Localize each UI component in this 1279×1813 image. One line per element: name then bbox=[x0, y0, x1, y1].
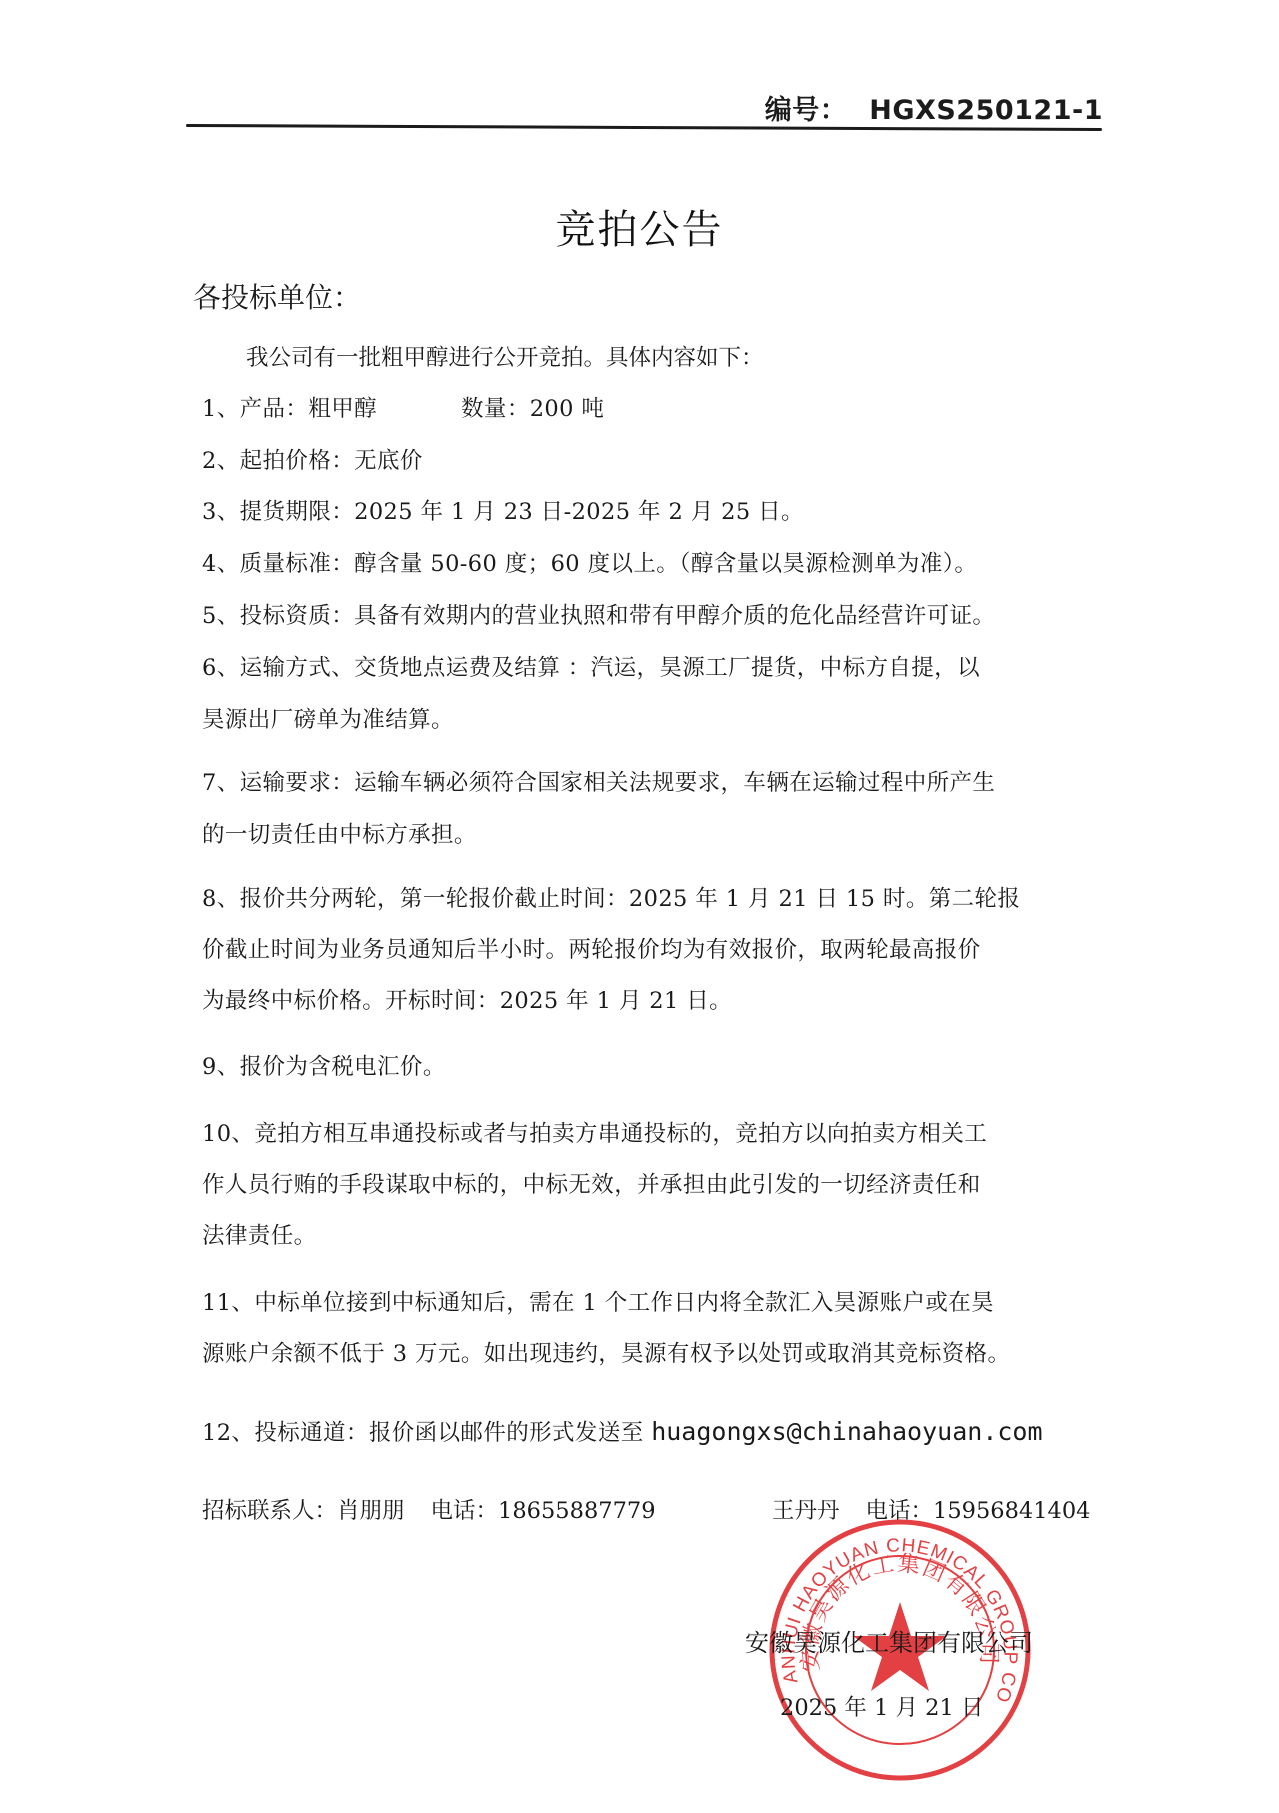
item-10-line-1: 10、竞拍方相互串通投标或者与拍卖方串通投标的，竞拍方以向拍卖方相关工 bbox=[202, 1116, 987, 1148]
item-7-line-1: 7、运输要求：运输车辆必须符合国家相关法规要求，车辆在运输过程中所产生 bbox=[202, 765, 995, 797]
item-6-line-1: 6、运输方式、交货地点运费及结算 ：汽运，昊源工厂提货，中标方自提，以 bbox=[202, 650, 980, 682]
contact-label: 招标联系人： bbox=[202, 1498, 337, 1524]
item-4: 4、质量标准：醇含量 50-60 度；60 度以上。（醇含量以昊源检测单为准）。 bbox=[202, 546, 977, 578]
contact-1-phone-label: 电话： bbox=[431, 1498, 499, 1524]
item-2: 2、起拍价格：无底价 bbox=[202, 443, 423, 475]
document-number-value: HGXS250121-1 bbox=[869, 95, 1103, 126]
item-8-line-2: 价截止时间为业务员通知后半小时。两轮报价均为有效报价，取两轮最高报价 bbox=[202, 932, 981, 964]
item-6-line-2: 昊源出厂磅单为准结算。 bbox=[202, 702, 454, 734]
item-3: 3、提货期限：2025 年 1 月 23 日-2025 年 2 月 25 日。 bbox=[202, 494, 804, 526]
item-11-line-1: 11、中标单位接到中标通知后，需在 1 个工作日内将全款汇入昊源账户或在昊 bbox=[202, 1285, 994, 1317]
salutation: 各投标单位： bbox=[193, 276, 361, 316]
item-12: 12、投标通道：报价函以邮件的形式发送至 huagongxs@chinahaoy… bbox=[202, 1415, 1043, 1447]
item-9: 9、报价为含税电汇价。 bbox=[202, 1049, 446, 1081]
signature-date: 2025 年 1 月 21 日 bbox=[780, 1690, 983, 1722]
email-link[interactable]: huagongxs@chinahaoyuan.com bbox=[651, 1417, 1042, 1446]
item-12-text: 12、投标通道：报价函以邮件的形式发送至 bbox=[202, 1420, 651, 1446]
page-title: 竞拍公告 bbox=[0, 198, 1279, 255]
document-number: 编号：HGXS250121-1 bbox=[765, 88, 1103, 127]
contact-1-name: 肖朋朋 bbox=[337, 1498, 405, 1524]
item-10-line-2: 作人员行贿的手段谋取中标的，中标无效，并承担由此引发的一切经济责任和 bbox=[202, 1167, 981, 1199]
item-8-line-1: 8、报价共分两轮，第一轮报价截止时间：2025 年 1 月 21 日 15 时。… bbox=[202, 881, 1020, 913]
contact-1-phone: 18655887779 bbox=[498, 1498, 655, 1524]
item-1: 1、产品：粗甲醇数量：200 吨 bbox=[202, 391, 604, 423]
contact-person-1: 招标联系人：肖朋朋电话：18655887779 bbox=[202, 1493, 656, 1525]
intro-paragraph: 我公司有一批粗甲醇进行公开竞拍。具体内容如下： bbox=[246, 340, 764, 372]
item-7-line-2: 的一切责任由中标方承担。 bbox=[202, 817, 477, 849]
item-8-line-3: 为最终中标价格。开标时间：2025 年 1 月 21 日。 bbox=[202, 983, 732, 1015]
item-10-line-3: 法律责任。 bbox=[202, 1218, 317, 1250]
item-5: 5、投标资质：具备有效期内的营业执照和带有甲醇介质的危化品经营许可证。 bbox=[202, 598, 995, 630]
item-1-quantity: 数量：200 吨 bbox=[461, 396, 604, 422]
item-1-product: 1、产品：粗甲醇 bbox=[202, 396, 377, 422]
company-signature: 安徽昊源化工集团有限公司 bbox=[745, 1623, 1033, 1658]
document-number-label: 编号： bbox=[765, 95, 848, 126]
item-11-line-2: 源账户余额不低于 3 万元。如出现违约，昊源有权予以处罚或取消其竞标资格。 bbox=[202, 1336, 1010, 1368]
